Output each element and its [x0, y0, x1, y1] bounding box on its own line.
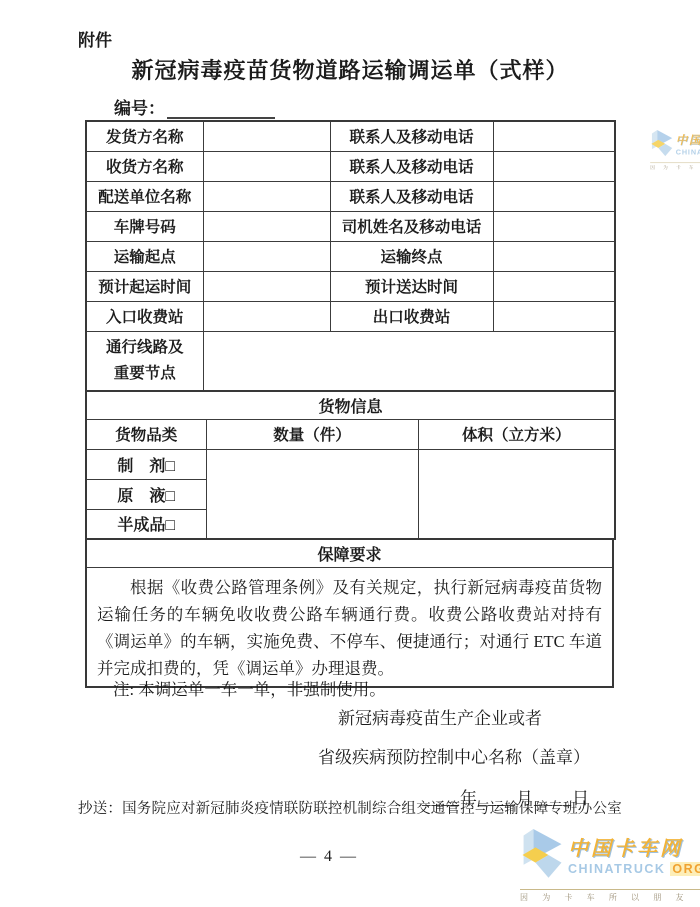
field-value-cell[interactable]	[203, 241, 330, 271]
cc-distribution-line: 抄送：国务院应对新冠肺炎疫情联防联控机制综合组交通管控与运输保障专班办公室	[78, 797, 678, 818]
field-label: 发货方名称	[86, 121, 203, 151]
field-label: 联系人及移动电话	[330, 181, 493, 211]
cargo-header-volume: 体积（立方米）	[418, 419, 615, 449]
field-label: 车牌号码	[86, 211, 203, 241]
field-value-cell[interactable]	[493, 121, 615, 151]
document-page: 附件 新冠病毒疫苗货物道路运输调运单（式样） 编号： 发货方名称 联系人及移动电…	[0, 0, 700, 907]
signature-org-line1: 新冠病毒疫苗生产企业或者	[0, 704, 590, 729]
cargo-row: 制 剂□	[86, 449, 615, 479]
route-field-label: 通行线路及 重要节点	[86, 331, 203, 391]
serial-label: 编号：	[114, 99, 165, 118]
field-label: 运输终点	[330, 241, 493, 271]
signature-block: 新冠病毒疫苗生产企业或者 省级疾病预防控制中心名称（盖章） ____年____月…	[0, 704, 590, 809]
watermark-brand-cn: 中国卡车网	[568, 838, 683, 860]
field-label: 司机姓名及移动电话	[330, 211, 493, 241]
field-label: 出口收费站	[330, 301, 493, 331]
field-value-cell[interactable]	[203, 121, 330, 151]
cargo-section-header-row: 货物信息	[86, 391, 615, 419]
cargo-section-title: 货物信息	[86, 391, 615, 419]
field-label: 收货方名称	[86, 151, 203, 181]
field-value-cell[interactable]	[493, 271, 615, 301]
field-value-cell[interactable]	[203, 181, 330, 211]
field-value-cell[interactable]	[493, 211, 615, 241]
watermark-tagline: 因 为 卡 车 所 以 朋 友	[520, 889, 700, 903]
field-value-cell[interactable]	[493, 151, 615, 181]
usage-note: 注: 本调运单一车一单，非强制使用。	[113, 676, 386, 700]
guarantee-header-row: 保障要求	[86, 539, 613, 567]
chinatruck-watermark-bottom: 中国卡车网 CHINATRUCK ORG 因 为 卡 车 所 以 朋 友	[520, 829, 700, 903]
route-value-cell[interactable]	[203, 331, 615, 391]
signature-org-line2: 省级疾病预防控制中心名称（盖章）	[0, 743, 590, 768]
field-value-cell[interactable]	[493, 301, 615, 331]
cargo-header-type: 货物品类	[86, 419, 206, 449]
field-value-cell[interactable]	[203, 151, 330, 181]
table-row: 收货方名称 联系人及移动电话	[86, 151, 615, 181]
guarantee-title: 保障要求	[86, 539, 613, 567]
field-label: 配送单位名称	[86, 181, 203, 211]
dispatch-form: 发货方名称 联系人及移动电话 收货方名称 联系人及移动电话 配送单位名称 联系人…	[85, 120, 614, 688]
field-label: 运输起点	[86, 241, 203, 271]
table-row: 发货方名称 联系人及移动电话	[86, 121, 615, 151]
document-title: 新冠病毒疫苗货物道路运输调运单（式样）	[0, 54, 700, 85]
watermark-brand-en: CHINATRUCK ORG	[568, 862, 700, 876]
serial-number-field: 编号：	[114, 94, 275, 119]
field-label: 预计送达时间	[330, 271, 493, 301]
chinatruck-watermark-top: 中国卡车网 CHINATRUCK ORG 因 为 卡 车 所 以 朋 友	[650, 130, 700, 171]
cargo-header-quantity: 数量（件）	[206, 419, 418, 449]
field-label: 入口收费站	[86, 301, 203, 331]
table-row: 运输起点 运输终点	[86, 241, 615, 271]
attachment-label: 附件	[78, 26, 112, 51]
watermark-brand-cn: 中国卡车网	[676, 134, 700, 147]
watermark-brand-en: CHINATRUCK ORG	[676, 148, 700, 156]
main-info-table: 发货方名称 联系人及移动电话 收货方名称 联系人及移动电话 配送单位名称 联系人…	[85, 120, 616, 392]
table-row: 配送单位名称 联系人及移动电话	[86, 181, 615, 211]
cargo-info-table: 货物信息 货物品类 数量（件） 体积（立方米） 制 剂□ 原 液□ 半成品□	[85, 390, 616, 540]
cargo-type-checkbox-formulation[interactable]: 制 剂□	[86, 449, 206, 479]
field-value-cell[interactable]	[203, 301, 330, 331]
cargo-quantity-cell[interactable]	[206, 449, 418, 539]
cargo-volume-cell[interactable]	[418, 449, 615, 539]
field-value-cell[interactable]	[203, 271, 330, 301]
guarantee-table: 保障要求 根据《收费公路管理条例》及有关规定，执行新冠病毒疫苗货物运输任务的车辆…	[85, 538, 614, 688]
cargo-header-row: 货物品类 数量（件） 体积（立方米）	[86, 419, 615, 449]
route-label-line2: 重要节点	[89, 361, 201, 387]
cargo-type-checkbox-semi-finished[interactable]: 半成品□	[86, 509, 206, 539]
cargo-type-checkbox-bulk-liquid[interactable]: 原 液□	[86, 479, 206, 509]
chinatruck-cube-icon	[520, 829, 564, 886]
page-number: — 4 —	[300, 848, 358, 866]
field-label: 预计起运时间	[86, 271, 203, 301]
route-label-line1: 通行线路及	[89, 335, 201, 361]
table-row: 入口收费站 出口收费站	[86, 301, 615, 331]
guarantee-body-row: 根据《收费公路管理条例》及有关规定，执行新冠病毒疫苗货物运输任务的车辆免收收费公…	[86, 567, 613, 687]
field-value-cell[interactable]	[493, 181, 615, 211]
guarantee-text: 根据《收费公路管理条例》及有关规定，执行新冠病毒疫苗货物运输任务的车辆免收收费公…	[86, 567, 613, 687]
table-row: 预计起运时间 预计送达时间	[86, 271, 615, 301]
serial-blank-line[interactable]	[167, 102, 275, 119]
table-row-route: 通行线路及 重要节点	[86, 331, 615, 391]
table-row: 车牌号码 司机姓名及移动电话	[86, 211, 615, 241]
watermark-tagline: 因 为 卡 车 所 以 朋 友	[650, 162, 700, 170]
field-value-cell[interactable]	[493, 241, 615, 271]
field-label: 联系人及移动电话	[330, 151, 493, 181]
guarantee-paragraph: 根据《收费公路管理条例》及有关规定，执行新冠病毒疫苗货物运输任务的车辆免收收费公…	[97, 574, 602, 682]
field-value-cell[interactable]	[203, 211, 330, 241]
field-label: 联系人及移动电话	[330, 121, 493, 151]
chinatruck-cube-icon	[650, 130, 673, 161]
